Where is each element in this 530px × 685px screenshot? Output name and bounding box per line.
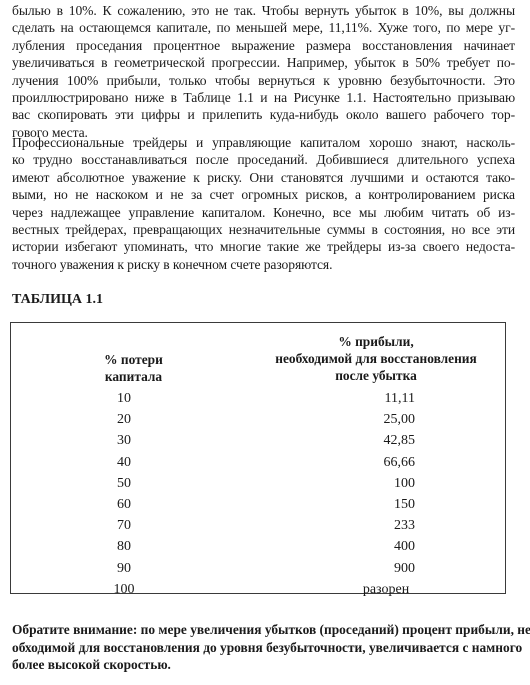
column-header-loss: % потери капитала: [76, 351, 191, 385]
text-line: увеличиваться в геометрической прогресси…: [12, 54, 515, 71]
table-row: 4066,66: [11, 455, 505, 475]
text-line: былью в 10%. К сожалению, это не так. Чт…: [12, 2, 515, 19]
text-line: лубления проседания процентное выражение…: [12, 37, 515, 54]
cell-loss: 80: [99, 539, 149, 555]
text-line: проиллюстрировано ниже в Таблице 1.1 и н…: [12, 89, 515, 106]
cell-loss: 30: [99, 433, 149, 449]
cell-loss: 70: [99, 518, 149, 534]
cell-loss: 100: [99, 582, 149, 598]
cell-gain: 400: [329, 539, 415, 555]
text-line: обходимой для восстановления до уровня б…: [12, 639, 508, 657]
cell-loss: 40: [99, 455, 149, 471]
table-caption: ТАБЛИЦА 1.1: [12, 292, 103, 308]
text-line: вестных трейдерах, превращающих незначит…: [12, 221, 515, 238]
table-row: 50100: [11, 476, 505, 496]
table-row: 3042,85: [11, 433, 505, 453]
table-row: 90900: [11, 561, 505, 581]
text-line: выми, но не наскоком и не за счет огромн…: [12, 186, 515, 203]
cell-gain: 900: [329, 561, 415, 577]
table-row: 100разорен: [11, 582, 505, 602]
cell-loss: 20: [99, 412, 149, 428]
recovery-table: % потери капитала % прибыли, необходимой…: [10, 322, 506, 594]
cell-loss: 90: [99, 561, 149, 577]
table-row: 70233: [11, 518, 505, 538]
cell-gain: 25,00: [329, 412, 415, 428]
text-line: имеют абсолютное уважение к риску. Они с…: [12, 169, 515, 186]
text-line: более высокой скоростью.: [12, 656, 508, 674]
text-line: сделать на остающемся капитале, по меньш…: [12, 19, 515, 36]
text-line: истории избегают упоминать, что многие т…: [12, 238, 515, 255]
paragraph-drawdown-recovery: былью в 10%. К сожалению, это не так. Чт…: [12, 2, 515, 141]
cell-gain: 150: [329, 497, 415, 513]
header-line: необходимой для восстановления: [241, 350, 511, 367]
column-header-gain: % прибыли, необходимой для восстановлени…: [241, 333, 511, 384]
cell-gain: разорен: [331, 582, 441, 598]
header-line: капитала: [76, 368, 191, 385]
text-line: Профессиональные трейдеры и управляющие …: [12, 134, 515, 151]
text-line: ко трудно восстанавливаться после просед…: [12, 151, 515, 168]
cell-loss: 10: [99, 391, 149, 407]
header-line: % потери: [76, 351, 191, 368]
cell-loss: 50: [99, 476, 149, 492]
text-line: точного уважения к риску в конечном счет…: [12, 256, 515, 273]
cell-gain: 233: [329, 518, 415, 534]
cell-gain: 100: [329, 476, 415, 492]
header-line: после убытка: [241, 367, 511, 384]
text-line: Обратите внимание: по мере увеличения уб…: [12, 621, 508, 639]
cell-gain: 11,11: [329, 391, 415, 407]
header-line: % прибыли,: [241, 333, 511, 350]
cell-gain: 42,85: [329, 433, 415, 449]
table-row: 60150: [11, 497, 505, 517]
table-row: 2025,00: [11, 412, 505, 432]
text-line: через надлежащее управление капиталом. К…: [12, 204, 515, 221]
text-line: вас скопировать эти цифры и прилепить ку…: [12, 106, 515, 123]
cell-loss: 60: [99, 497, 149, 513]
text-line: лучения 100% прибыли, только чтобы верну…: [12, 72, 515, 89]
paragraph-professional-traders: Профессиональные трейдеры и управляющие …: [12, 134, 515, 273]
table-row: 80400: [11, 539, 505, 559]
attention-note: Обратите внимание: по мере увеличения уб…: [12, 621, 508, 674]
cell-gain: 66,66: [329, 455, 415, 471]
table-row: 1011,11: [11, 391, 505, 411]
